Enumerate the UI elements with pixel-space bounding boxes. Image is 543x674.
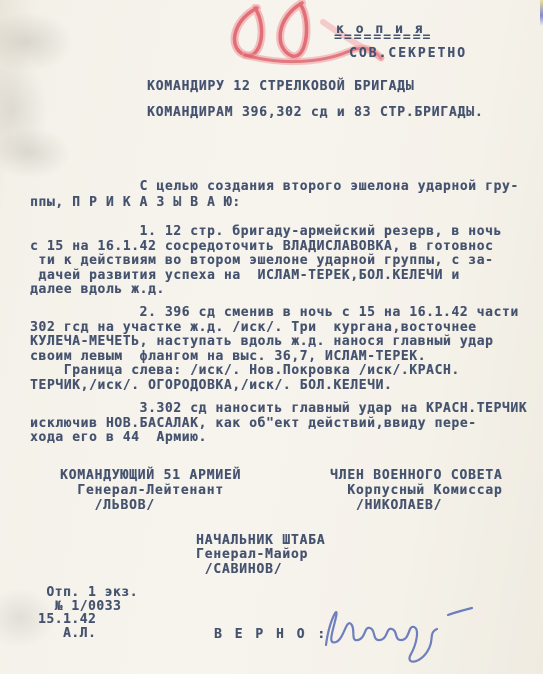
point1-line: ти к действиям во втором эшелоне ударной… xyxy=(30,254,502,269)
signer-name: /НИКОЛАЕВ/ xyxy=(330,498,503,513)
document-page: к о п и я ========== СОВ.СЕКРЕТНО КОМАНД… xyxy=(0,0,543,674)
paper-smudge xyxy=(0,12,72,72)
signer-title: ЧЛЕН ВОЕННОГО СОВЕТА xyxy=(330,468,503,483)
secrecy-stamp: СОВ.СЕКРЕТНО xyxy=(349,46,467,61)
signer-rank: Генерал-Лейтенант xyxy=(60,483,241,498)
point2-line: ТЕРЧИК,/иск/. ОГОРОДОВКА,/иск/. БОЛ.КЕЛЕ… xyxy=(30,379,519,394)
paper-smudge xyxy=(0,55,48,165)
signer-name: /ЛЬВОВ/ xyxy=(60,498,241,513)
signature-block-chief-of-staff: НАЧАЛЬНИК ШТАБА Генерал-Майор /САВИНОВ/ xyxy=(196,534,325,577)
addressee-line-1: КОМАНДИРУ 12 СТРЕЛКОВОЙ БРИГАДЫ xyxy=(147,79,414,94)
intro-line: С целью создания второго эшелона ударной… xyxy=(30,179,519,195)
typist-initials: А.Л. xyxy=(38,627,138,641)
point1-line: 1. 12 стр. бригаду-армейский резерв, в н… xyxy=(30,225,502,240)
document-number: № 1/0033 xyxy=(38,600,138,614)
point3-line: 3.302 сд наносить главный удар на КРАСН.… xyxy=(30,402,527,417)
signer-title: НАЧАЛЬНИК ШТАБА xyxy=(196,534,325,548)
signer-rank: Корпусный Комиссар xyxy=(330,483,503,498)
intro-line: ппы, П Р И К А З Ы В А Ю: xyxy=(30,195,519,211)
order-point-2: 2. 396 сд сменив в ночь с 15 на 16.1.42 … xyxy=(30,306,519,393)
point2-line: 302 гсд на участке ж.д. /иск/. Три курга… xyxy=(30,321,519,336)
copy-stamp-underline: ========== xyxy=(334,30,432,45)
signer-name: /САВИНОВ/ xyxy=(196,563,325,577)
point3-line: исключив НОВ.БАСАЛАК, как об"ект действи… xyxy=(30,417,527,432)
signature-block-council-member: ЧЛЕН ВОЕННОГО СОВЕТА Корпусный Комиссар … xyxy=(330,468,503,513)
point2-line: Граница слева: /иск/. Нов.Покровка /иск/… xyxy=(30,364,519,379)
signer-title: КОМАНДУЮЩИЙ 51 АРМИЕЙ xyxy=(60,468,241,483)
point1-line: дачей развития успеха на ИСЛАМ-ТЕРЕК,БОЛ… xyxy=(30,269,502,284)
paper-smudge xyxy=(0,128,70,178)
point1-line: далее вдоль ж.д. xyxy=(30,283,502,298)
signer-rank: Генерал-Майор xyxy=(196,548,325,562)
addressee-line-2: КОМАНДИРАМ 396,302 сд и 83 СТР.БРИГАДЫ. xyxy=(147,105,483,120)
point3-line: хода его в 44 Армию. xyxy=(30,431,527,446)
order-intro: С целью создания второго эшелона ударной… xyxy=(30,179,519,211)
copies-note: Отп. 1 экз. xyxy=(38,586,138,600)
point2-line: 2. 396 сд сменив в ночь с 15 на 16.1.42 … xyxy=(30,306,519,321)
order-point-3: 3.302 сд наносить главный удар на КРАСН.… xyxy=(30,402,527,446)
point2-line: своим левым флангом на выс. 36,7, ИСЛАМ-… xyxy=(30,350,519,365)
point1-line: с 15 на 16.1.42 сосредоточить ВЛАДИСЛАВО… xyxy=(30,240,502,255)
point2-line: КУЛЕЧА-МЕЧЕТЬ, наступать вдоль ж.д. нано… xyxy=(30,335,519,350)
document-date: 15.1.42 xyxy=(38,613,138,627)
handwritten-signature-icon xyxy=(300,593,495,673)
registration-block: Отп. 1 экз. № 1/0033 15.1.42 А.Л. xyxy=(38,586,138,640)
order-point-1: 1. 12 стр. бригаду-армейский резерв, в н… xyxy=(30,225,502,298)
signature-block-commander: КОМАНДУЮЩИЙ 51 АРМИЕЙ Генерал-Лейтенант … xyxy=(60,468,241,513)
